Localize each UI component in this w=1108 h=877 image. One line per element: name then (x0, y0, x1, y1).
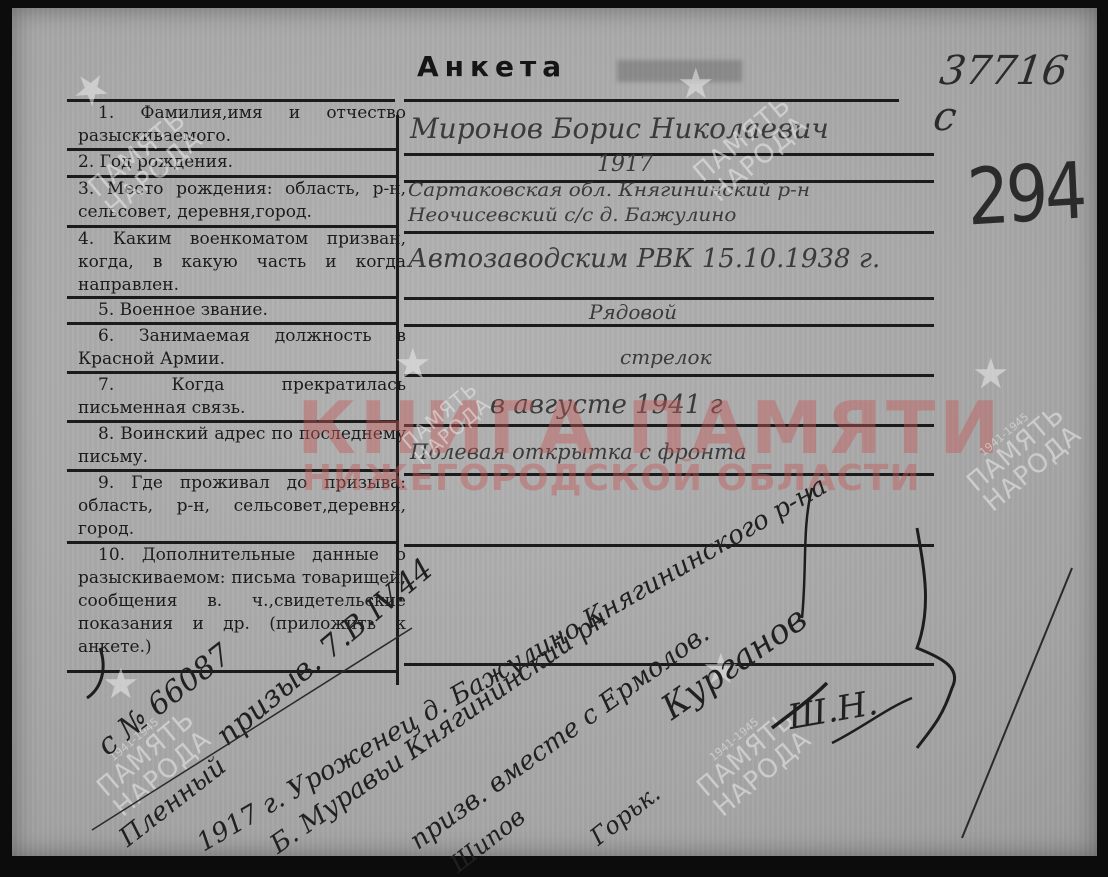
question-2: 2. Год рождения. (78, 151, 406, 174)
document-title: Анкета (417, 50, 567, 83)
question-1: 1. Фамилия,имя и отчество разыскиваемого… (78, 102, 406, 148)
rule (404, 231, 934, 234)
question-4: 4. Каким военкоматом призван, когда, в к… (78, 228, 406, 297)
rule (404, 153, 934, 156)
answer-enlistment: Автозаводским РВК 15.10.1938 г. (408, 244, 880, 274)
signature-2: Ш.Н. (785, 683, 881, 738)
answer-birth-year: 1917 (597, 152, 653, 177)
answer-position: стрелок (620, 345, 712, 369)
rule (404, 374, 934, 377)
rule (404, 324, 934, 327)
watermark-star: ★ (972, 353, 1010, 395)
question-7: 7. Когда прекратилась письменная связь. (78, 374, 406, 420)
document-sheet: Анкета 37716 с 294 1. Фамилия,имя и отче… (12, 8, 1097, 856)
question-6: 6. Занимаемая должность в Красной Армии. (78, 325, 406, 371)
watermark-pamyat-naroda: 1941-1945 ПАМЯТЬ НАРОДА (956, 393, 1087, 517)
rule (404, 424, 934, 427)
faded-stamp (617, 60, 742, 82)
question-8: 8. Воинский адрес по последнему письму. (78, 423, 406, 469)
question-9: 9. Где проживал до призыва: область, р-н… (78, 472, 406, 541)
case-number: 294 (965, 146, 1085, 243)
question-3: 3. Место рождения: область, р-н, сельсов… (78, 178, 406, 224)
answer-name: Миронов Борис Николаевич (410, 112, 829, 145)
archive-number: 37716 с (931, 48, 1104, 140)
rule (67, 670, 397, 673)
rule (404, 473, 934, 476)
question-5: 5. Военное звание. (78, 299, 406, 322)
handwritten-note-city: Горьк. (585, 779, 666, 851)
answer-rank: Рядовой (589, 300, 677, 324)
answer-birthplace-line1: Сартаковская обл. Княгининский р-н (408, 179, 810, 201)
rule (404, 544, 934, 547)
answer-military-address: Полевая открытка с фронта (410, 440, 747, 464)
star-icon: ★ (972, 353, 1010, 395)
answer-birthplace-line2: Неочисевский с/с д. Бажулино (408, 204, 736, 226)
rule (404, 99, 899, 102)
answer-last-letter: в августе 1941 г (490, 390, 723, 420)
